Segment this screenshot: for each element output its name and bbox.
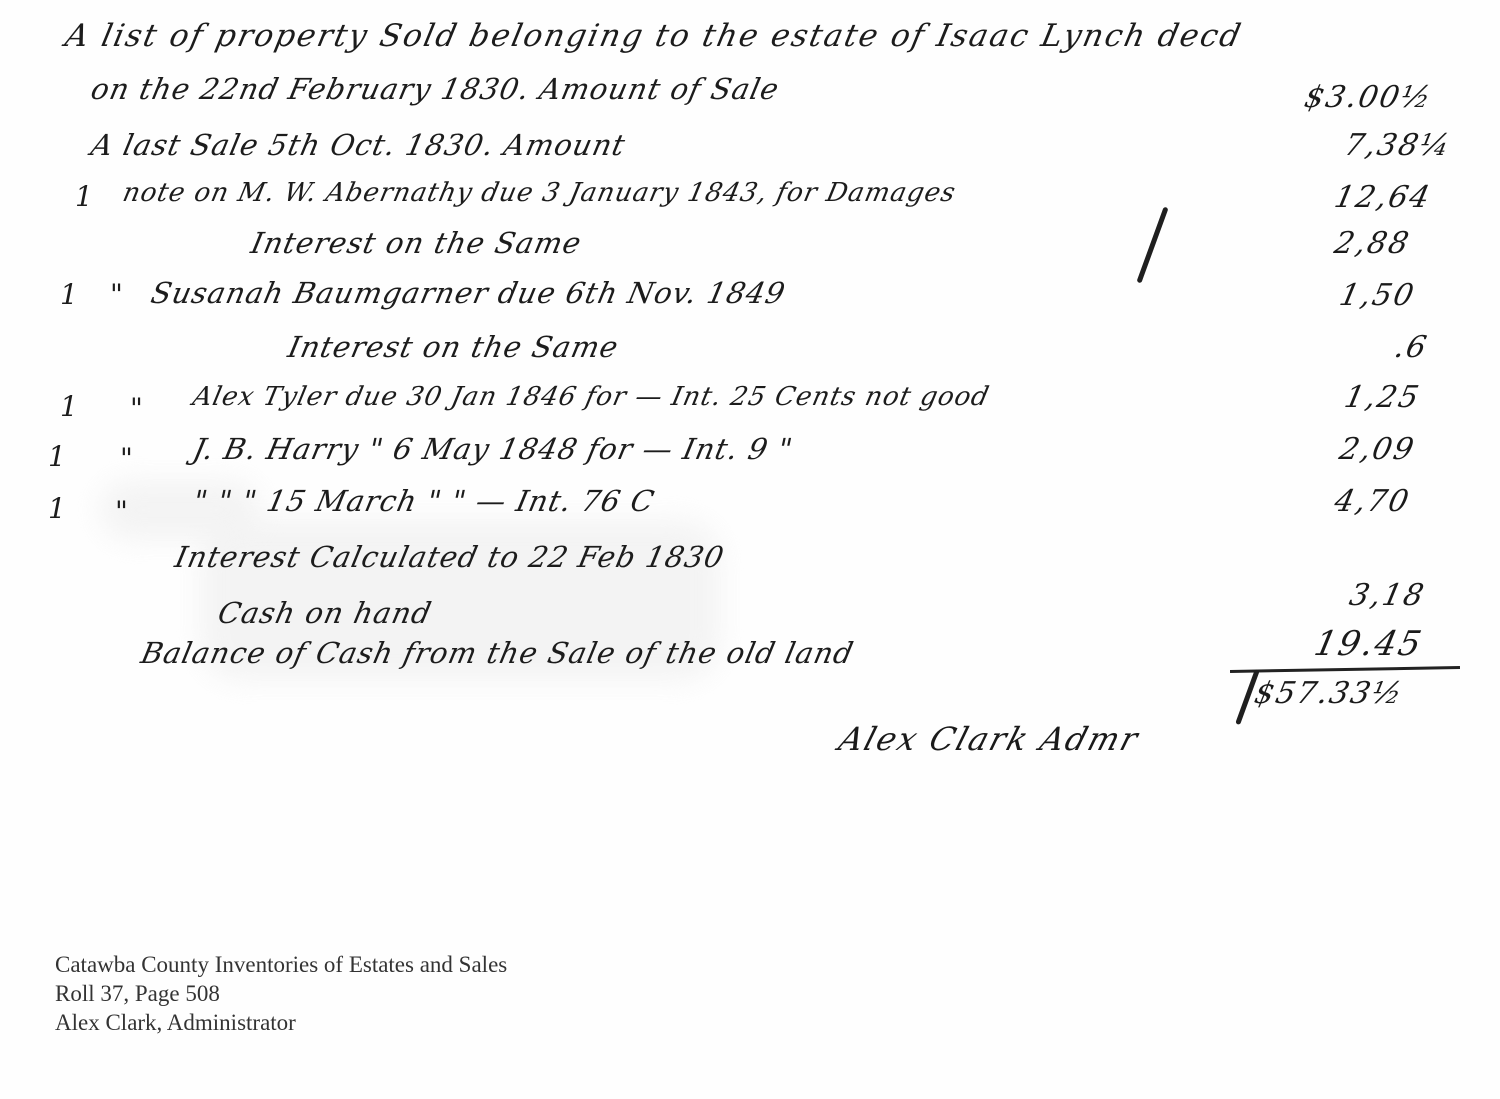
entry-amount: .6 [1391, 330, 1431, 365]
total-amount: $57.33½ [1251, 676, 1407, 711]
cash-on-hand-label: Cash on hand [215, 596, 435, 630]
entry-count: 1 [75, 180, 93, 213]
total-rule [1230, 666, 1460, 673]
entry-text: Interest on the Same [285, 330, 622, 364]
citation-administrator: Alex Clark, Administrator [55, 1008, 507, 1037]
entry-amount: 4,70 [1331, 484, 1413, 519]
ditto-mark: " [110, 278, 123, 311]
entry-count: 1 [60, 390, 78, 423]
ditto-mark: " [130, 392, 143, 425]
entry-amount: 7,38¼ [1341, 128, 1454, 163]
entry-amount: 2,09 [1336, 432, 1418, 467]
entry-text: Susanah Baumgarner due 6th Nov. 1849 [148, 276, 789, 310]
ditto-mark: " [120, 442, 133, 475]
balance-label: Balance of Cash from the Sale of the old… [138, 636, 857, 670]
entry-count: 1 [48, 492, 66, 525]
heading-amount: $3.00½ [1301, 80, 1435, 115]
interest-calculated-line: Interest Calculated to 22 Feb 1830 [172, 540, 728, 574]
entry-text: Interest on the Same [248, 226, 585, 260]
entry-text: note on M. W. Abernathy due 3 January 18… [120, 178, 959, 208]
ditto-mark: " [115, 495, 128, 528]
entry-text: J. B. Harry " 6 May 1848 for — Int. 9 " [190, 432, 796, 466]
entry-text: A last Sale 5th Oct. 1830. Amount [88, 128, 629, 162]
entry-amount: 12,64 [1331, 180, 1434, 215]
entry-count: 1 [48, 440, 66, 473]
entry-text: " " " 15 March " " — Int. 76 C [190, 484, 658, 518]
document-page: A list of property Sold belonging to the… [0, 0, 1500, 1099]
entry-count: 1 [60, 278, 78, 311]
entry-amount: 2,88 [1331, 226, 1413, 261]
citation-collection: Catawba County Inventories of Estates an… [55, 950, 507, 979]
heading-line-2: on the 22nd February 1830. Amount of Sal… [88, 72, 783, 106]
cash-on-hand-amount: 3,18 [1346, 578, 1428, 613]
entry-amount: 1,50 [1336, 278, 1418, 313]
balance-amount: 19.45 [1311, 624, 1427, 664]
ink-stroke [1136, 207, 1168, 284]
administrator-signature: Alex Clark Admr [835, 720, 1144, 758]
entry-amount: 1,25 [1341, 380, 1423, 415]
entry-text: Alex Tyler due 30 Jan 1846 for — Int. 25… [190, 382, 992, 412]
heading-line-1: A list of property Sold belonging to the… [62, 18, 1246, 54]
citation-roll-page: Roll 37, Page 508 [55, 979, 507, 1008]
archive-citation: Catawba County Inventories of Estates an… [55, 950, 507, 1037]
